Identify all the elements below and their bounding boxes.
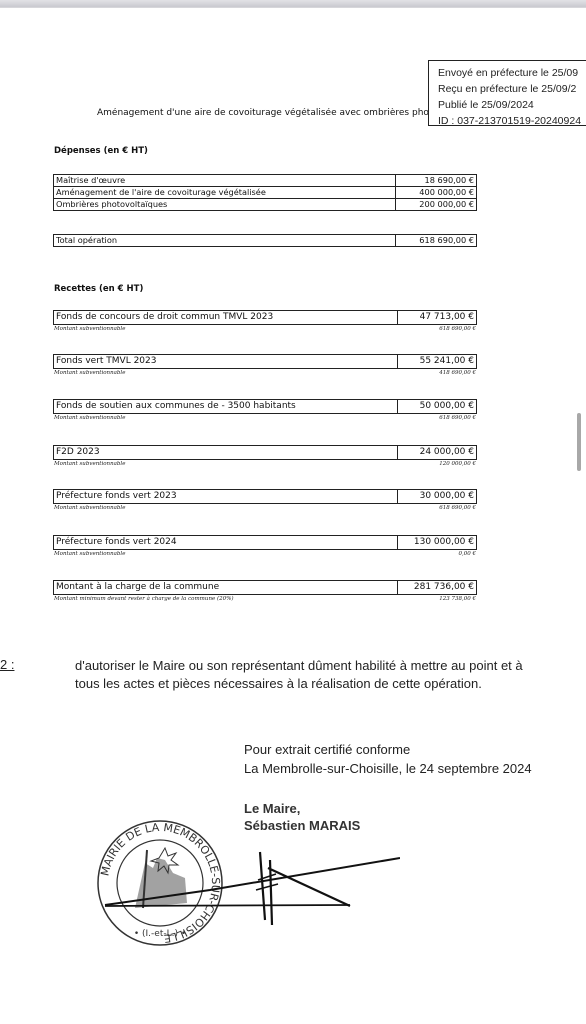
recette-sub-value: 418 690,00 €: [439, 369, 476, 378]
recette-item: Préfecture fonds vert 202330 000,00 € Mo…: [53, 489, 477, 513]
certification-line-2: La Membrolle-sur-Choisille, le 24 septem…: [244, 759, 532, 778]
recette-item: Fonds vert TMVL 202355 241,00 € Montant …: [53, 354, 477, 378]
total-label: Total opération: [54, 235, 396, 247]
stamp-sent: Envoyé en préfecture le 25/09: [438, 65, 586, 81]
recette-sub-value: 0,00 €: [459, 550, 477, 559]
certification: Pour extrait certifié conforme La Membro…: [244, 740, 532, 778]
article-text: d'autoriser le Maire ou son représentant…: [75, 657, 523, 693]
article-line-2: tous les actes et pièces nécessaires à l…: [75, 675, 523, 693]
recette-value: 50 000,00 €: [398, 400, 476, 413]
recette-sub-label: Montant subventionnable: [54, 369, 125, 378]
recette-sub-label: Montant subventionnable: [54, 550, 125, 559]
stamp-received: Reçu en préfecture le 25/09/2: [438, 81, 586, 97]
signatory-name: Sébastien MARAIS: [244, 817, 360, 834]
certification-line-1: Pour extrait certifié conforme: [244, 740, 532, 759]
row-value: 18 690,00 €: [396, 175, 477, 187]
recette-sub-label: Montant subventionnable: [54, 325, 125, 334]
recette-item-commune: Montant à la charge de la commune281 736…: [53, 580, 477, 604]
depenses-table: Maîtrise d'œuvre18 690,00 € Aménagement …: [53, 174, 477, 211]
row-label: Aménagement de l'aire de covoiturage vég…: [54, 187, 396, 199]
recette-sub-label: Montant minimum devant rester à charge d…: [54, 595, 234, 604]
recette-item: Fonds de soutien aux communes de - 3500 …: [53, 399, 477, 423]
row-label: Ombrières photovoltaïques: [54, 199, 396, 211]
recette-value: 47 713,00 €: [398, 311, 476, 324]
article-number: 2 :: [0, 657, 14, 672]
recette-sub-value: 618 690,00 €: [439, 414, 476, 423]
signatory-title: Le Maire,: [244, 800, 360, 817]
recette-label: Fonds de soutien aux communes de - 3500 …: [54, 400, 398, 413]
recette-value: 30 000,00 €: [398, 490, 476, 503]
signature-icon: [100, 850, 400, 930]
total-value: 618 690,00 €: [396, 235, 477, 247]
recette-sub-value: 618 690,00 €: [439, 325, 476, 334]
stamp-id: ID : 037-213701519-20240924: [438, 113, 586, 126]
table-row: Aménagement de l'aire de covoiturage vég…: [54, 187, 477, 199]
recette-sub-label: Montant subventionnable: [54, 460, 125, 469]
seal-bottom-text: • (I.-et-L.) •: [134, 929, 186, 939]
top-window-bar: [0, 0, 586, 8]
depenses-title: Dépenses (en € HT): [54, 146, 148, 156]
recette-sub-label: Montant subventionnable: [54, 414, 125, 423]
stamp-published: Publié le 25/09/2024: [438, 97, 586, 113]
recette-item: Préfecture fonds vert 2024130 000,00 € M…: [53, 535, 477, 559]
row-value: 200 000,00 €: [396, 199, 477, 211]
project-title: Aménagement d'une aire de covoiturage vé…: [97, 108, 428, 118]
prefecture-stamp: Envoyé en préfecture le 25/09 Reçu en pr…: [428, 60, 586, 126]
recette-value: 24 000,00 €: [398, 446, 476, 459]
table-row: Ombrières photovoltaïques200 000,00 €: [54, 199, 477, 211]
recette-sub-value: 618 690,00 €: [439, 504, 476, 513]
total-table: Total opération618 690,00 €: [53, 234, 477, 247]
recette-sub-value: 123 738,00 €: [439, 595, 476, 604]
recette-value: 130 000,00 €: [398, 536, 476, 549]
recette-label: Montant à la charge de la commune: [54, 581, 398, 594]
recette-sub-value: 120 000,00 €: [439, 460, 476, 469]
recette-item: F2D 202324 000,00 € Montant subventionna…: [53, 445, 477, 469]
row-label: Maîtrise d'œuvre: [54, 175, 396, 187]
recette-label: Préfecture fonds vert 2023: [54, 490, 398, 503]
recette-sub-label: Montant subventionnable: [54, 504, 125, 513]
signatory: Le Maire, Sébastien MARAIS: [244, 800, 360, 834]
recettes-title: Recettes (en € HT): [54, 284, 143, 294]
table-row: Maîtrise d'œuvre18 690,00 €: [54, 175, 477, 187]
row-value: 400 000,00 €: [396, 187, 477, 199]
recette-value: 55 241,00 €: [398, 355, 476, 368]
recette-label: Fonds de concours de droit commun TMVL 2…: [54, 311, 398, 324]
article-line-1: d'autoriser le Maire ou son représentant…: [75, 657, 523, 675]
scrollbar-thumb[interactable]: [577, 413, 581, 471]
recette-item: Fonds de concours de droit commun TMVL 2…: [53, 310, 477, 334]
total-row: Total opération618 690,00 €: [54, 235, 477, 247]
recette-value: 281 736,00 €: [398, 581, 476, 594]
recette-label: Fonds vert TMVL 2023: [54, 355, 398, 368]
recette-label: Préfecture fonds vert 2024: [54, 536, 398, 549]
recette-label: F2D 2023: [54, 446, 398, 459]
